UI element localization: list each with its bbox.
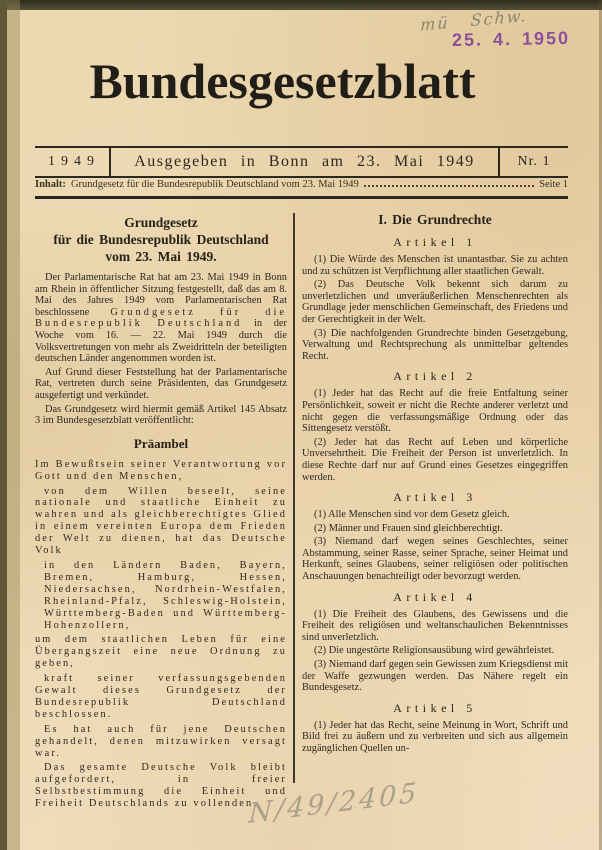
intro-paragraph-2: Auf Grund dieser Feststellung hat der Pa… (35, 367, 287, 402)
article-block-1: Artikel 1 (1) Die Würde des Menschen ist… (302, 235, 568, 362)
heavy-rule (35, 196, 568, 199)
article-heading: Artikel 2 (302, 369, 568, 384)
gazette-page: mü Schw. 25. 4. 1950 Bundesgesetzblatt 1… (0, 0, 602, 850)
masthead-bar: 1949 Ausgegeben in Bonn am 23. Mai 1949 … (35, 146, 568, 178)
article-paragraph: (3) Niemand darf wegen seines Geschlecht… (302, 536, 568, 582)
intro-paragraph-3: Das Grundgesetz wird hiermit gemäß Artik… (35, 404, 287, 427)
praeambel-paragraph: um dem staatlichen Leben für eine Überga… (35, 634, 287, 670)
column-divider (293, 213, 295, 783)
praeambel-paragraph: Im Bewußtsein seiner Verantwortung vor G… (35, 459, 287, 483)
praeambel-paragraph: Es hat auch für jene Deutschen gehandelt… (35, 724, 287, 760)
right-column: I. Die Grundrechte Artikel 1 (1) Die Wür… (302, 212, 568, 757)
article-heading: Artikel 4 (302, 590, 568, 605)
article-paragraph: (2) Das Deutsche Volk bekennt sich darum… (302, 279, 568, 325)
article-heading: Artikel 5 (302, 701, 568, 716)
left-column: Grundgesetz für die Bundesrepublik Deuts… (35, 214, 287, 813)
article-block-4: Artikel 4 (1) Die Freiheit des Glaubens,… (302, 590, 568, 694)
article-heading: Artikel 3 (302, 490, 568, 505)
praeambel-paragraph: von dem Willen beseelt, seine nationale … (35, 486, 287, 557)
law-title-line1: Grundgesetz (35, 214, 287, 231)
gazette-title: Bundesgesetzblatt (0, 52, 565, 110)
article-block-2: Artikel 2 (1) Jeder hat das Recht auf di… (302, 369, 568, 483)
intro-paragraph-1: Der Parlamentarische Rat hat am 23. Mai … (35, 272, 287, 365)
article-paragraph: (3) Niemand darf gegen sein Gewissen zum… (302, 659, 568, 694)
article-paragraph: (2) Männer und Frauen sind gleichberecht… (302, 523, 568, 535)
praeambel-paragraph: in den Ländern Baden, Bayern, Bremen, Ha… (44, 560, 287, 631)
article-block-5: Artikel 5 (1) Jeder hat das Recht, seine… (302, 701, 568, 755)
article-paragraph: (1) Alle Menschen sind vor dem Gesetz gl… (302, 509, 568, 521)
scan-edge-left-shade (7, 0, 20, 850)
article-block-3: Artikel 3 (1) Alle Menschen sind vor dem… (302, 490, 568, 583)
praeambel-paragraph: kraft seiner verfassungsgebenden Gewalt … (35, 673, 287, 721)
masthead-issue-info: Ausgegeben in Bonn am 23. Mai 1949 (111, 148, 498, 176)
masthead-year: 1949 (35, 148, 111, 176)
toc-page-ref: Seite 1 (539, 179, 568, 190)
section-heading-grundrechte: I. Die Grundrechte (302, 212, 568, 228)
article-paragraph: (3) Die nachfolgenden Grundrechte binden… (302, 328, 568, 363)
article-paragraph: (2) Die ungestörte Religionsausübung wir… (302, 645, 568, 657)
article-heading: Artikel 1 (302, 235, 568, 250)
toc-leader-dots (364, 185, 534, 187)
masthead-issue-number: Nr. 1 (498, 148, 568, 176)
article-paragraph: (1) Die Würde des Menschen ist unantastb… (302, 254, 568, 277)
table-of-contents-row: Inhalt: Grundgesetz für die Bundesrepubl… (35, 179, 568, 190)
toc-entry: Grundgesetz für die Bundesrepublik Deuts… (71, 179, 359, 190)
law-title: Grundgesetz für die Bundesrepublik Deuts… (35, 214, 287, 265)
article-paragraph: (2) Jeder hat das Recht auf Leben und kö… (302, 437, 568, 483)
article-paragraph: (1) Jeder hat das Recht, seine Meinung i… (302, 720, 568, 755)
law-title-line2: für die Bundesrepublik Deutschland (35, 231, 287, 248)
article-paragraph: (1) Jeder hat das Recht auf die freie En… (302, 388, 568, 434)
scan-edge-left (0, 0, 7, 850)
praeambel-heading: Präambel (35, 436, 287, 452)
article-paragraph: (1) Die Freiheit des Glaubens, des Gewis… (302, 609, 568, 644)
toc-label: Inhalt: (35, 179, 66, 190)
date-stamp: 25. 4. 1950 (452, 28, 570, 51)
law-title-line3: vom 23. Mai 1949. (35, 248, 287, 265)
